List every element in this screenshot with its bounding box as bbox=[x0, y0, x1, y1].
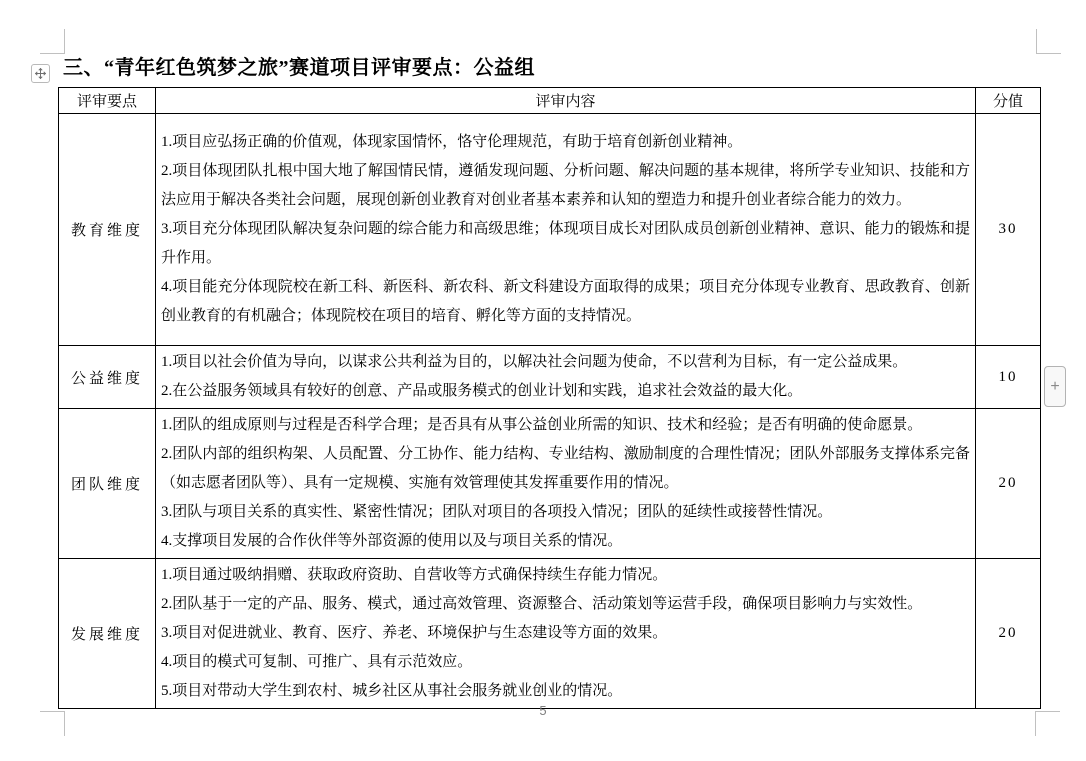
header-content[interactable]: 评审内容 bbox=[156, 88, 976, 114]
criteria-item[interactable]: 1.团队的组成原则与过程是否科学合理；是否具有从事公益创业所需的知识、技术和经验… bbox=[161, 411, 970, 440]
review-criteria-table: 评审要点 评审内容 分值 教育维度 1.项目应弘扬正确的价值观，体现家国情怀，恪… bbox=[58, 87, 1041, 709]
criteria-item[interactable]: 2.团队基于一定的产品、服务、模式，通过高效管理、资源整合、活动策划等运营手段，… bbox=[161, 590, 970, 619]
content-cell[interactable]: 1.项目应弘扬正确的价值观，体现家国情怀，恪守伦理规范，有助于培育创新创业精神。… bbox=[156, 114, 976, 346]
page-number: 5 bbox=[0, 703, 1086, 718]
content-cell[interactable]: 1.项目通过吸纳捐赠、获取政府资助、自营收等方式确保持续生存能力情况。 2.团队… bbox=[156, 559, 976, 709]
move-icon bbox=[34, 67, 47, 80]
criteria-item[interactable]: 3.项目充分体现团队解决复杂问题的综合能力和高级思维；体现项目成长对团队成员创新… bbox=[161, 215, 970, 273]
table-row-development: 发展维度 1.项目通过吸纳捐赠、获取政府资助、自营收等方式确保持续生存能力情况。… bbox=[59, 559, 1041, 709]
table-add-button[interactable]: + bbox=[1044, 366, 1066, 407]
table-move-handle[interactable] bbox=[31, 64, 50, 83]
criteria-item[interactable]: 4.项目的模式可复制、可推广、具有示范效应。 bbox=[161, 648, 970, 677]
criteria-item[interactable]: 4.项目能充分体现院校在新工科、新医科、新农科、新文科建设方面取得的成果；项目充… bbox=[161, 273, 970, 331]
criteria-item[interactable]: 1.项目应弘扬正确的价值观，体现家国情怀，恪守伦理规范，有助于培育创新创业精神。 bbox=[161, 128, 970, 157]
criteria-item[interactable]: 5.项目对带动大学生到农村、城乡社区从事社会服务就业创业的情况。 bbox=[161, 677, 970, 706]
table-row-team: 团队维度 1.团队的组成原则与过程是否科学合理；是否具有从事公益创业所需的知识、… bbox=[59, 409, 1041, 559]
score-cell[interactable]: 20 bbox=[976, 409, 1041, 559]
dimension-cell[interactable]: 发展维度 bbox=[59, 559, 156, 709]
header-score[interactable]: 分值 bbox=[976, 88, 1041, 114]
dimension-cell[interactable]: 教育维度 bbox=[59, 114, 156, 346]
score-cell[interactable]: 10 bbox=[976, 346, 1041, 409]
dimension-cell[interactable]: 公益维度 bbox=[59, 346, 156, 409]
criteria-item[interactable]: 2.团队内部的组织构架、人员配置、分工协作、能力结构、专业结构、激励制度的合理性… bbox=[161, 440, 970, 498]
table-header-row: 评审要点 评审内容 分值 bbox=[59, 88, 1041, 114]
content-cell[interactable]: 1.项目以社会价值为导向，以谋求公共利益为目的，以解决社会问题为使命，不以营利为… bbox=[156, 346, 976, 409]
section-title[interactable]: 三、“青年红色筑梦之旅”赛道项目评审要点：公益组 bbox=[63, 51, 535, 80]
criteria-item[interactable]: 1.项目以社会价值为导向，以谋求公共利益为目的，以解决社会问题为使命，不以营利为… bbox=[161, 348, 970, 377]
margin-crop-mark-top-right bbox=[1036, 29, 1061, 54]
content-cell[interactable]: 1.团队的组成原则与过程是否科学合理；是否具有从事公益创业所需的知识、技术和经验… bbox=[156, 409, 976, 559]
margin-crop-mark-top-left bbox=[40, 29, 65, 54]
criteria-item[interactable]: 3.团队与项目关系的真实性、紧密性情况；团队对项目的各项投入情况；团队的延续性或… bbox=[161, 498, 970, 527]
criteria-item[interactable]: 3.项目对促进就业、教育、医疗、养老、环境保护与生态建设等方面的效果。 bbox=[161, 619, 970, 648]
table-row-education: 教育维度 1.项目应弘扬正确的价值观，体现家国情怀，恪守伦理规范，有助于培育创新… bbox=[59, 114, 1041, 346]
header-criteria[interactable]: 评审要点 bbox=[59, 88, 156, 114]
criteria-item[interactable]: 2.在公益服务领域具有较好的创意、产品或服务模式的创业计划和实践，追求社会效益的… bbox=[161, 377, 970, 406]
document-page: 三、“青年红色筑梦之旅”赛道项目评审要点：公益组 评审要点 评审内容 分值 教育… bbox=[0, 0, 1086, 761]
criteria-item[interactable]: 4.支撑项目发展的合作伙伴等外部资源的使用以及与项目关系的情况。 bbox=[161, 527, 970, 556]
score-cell[interactable]: 30 bbox=[976, 114, 1041, 346]
criteria-item[interactable]: 1.项目通过吸纳捐赠、获取政府资助、自营收等方式确保持续生存能力情况。 bbox=[161, 561, 970, 590]
dimension-cell[interactable]: 团队维度 bbox=[59, 409, 156, 559]
criteria-item[interactable]: 2.项目体现团队扎根中国大地了解国情民情，遵循发现问题、分析问题、解决问题的基本… bbox=[161, 157, 970, 215]
score-cell[interactable]: 20 bbox=[976, 559, 1041, 709]
table-row-public-welfare: 公益维度 1.项目以社会价值为导向，以谋求公共利益为目的，以解决社会问题为使命，… bbox=[59, 346, 1041, 409]
